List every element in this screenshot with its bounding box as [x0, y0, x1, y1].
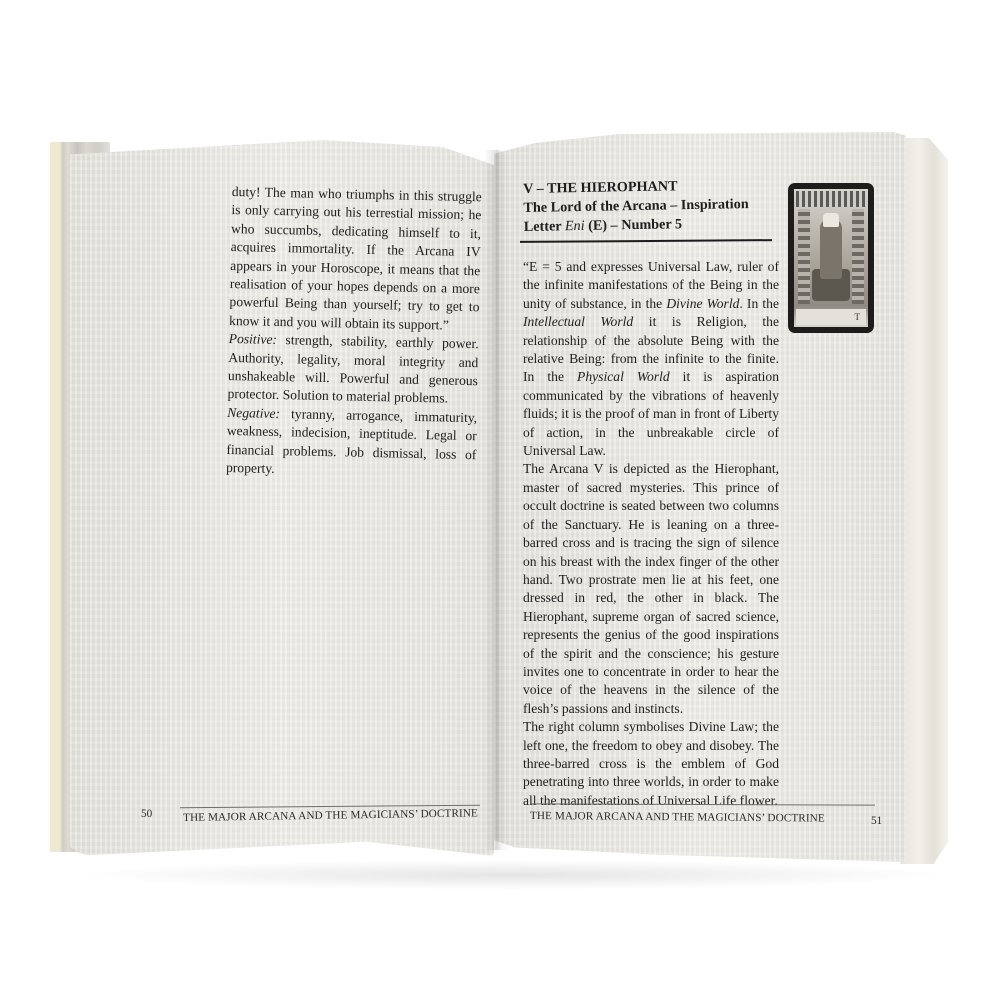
symbolism-paragraph: The right column symbolises Divine Law; … [523, 718, 779, 810]
intro-paragraph: “E = 5 and expresses Universal Law, rule… [523, 258, 779, 460]
physical-world-term: Physical World [577, 369, 670, 384]
positive-label: Positive: [229, 331, 278, 347]
negative-label: Negative: [227, 405, 280, 421]
card-headdress [823, 213, 839, 227]
right-page-number: 51 [871, 815, 882, 827]
card-left-column [798, 209, 810, 304]
left-page-number: 50 [141, 808, 152, 820]
right-page-stack [900, 138, 948, 864]
card-right-column [852, 209, 864, 304]
letter-name: Eni [565, 218, 585, 234]
divine-world-term: Divine World [666, 296, 739, 311]
hierophant-card-image: T [788, 183, 874, 333]
left-cover-edge [50, 142, 60, 852]
paragraph-text: duty! The man who triumphs in this strug… [229, 184, 482, 332]
intro-text: . In the [739, 296, 779, 311]
letter-prefix: Letter [524, 218, 565, 235]
left-page-body: duty! The man who triumphs in this strug… [226, 183, 482, 483]
book-shadow [70, 860, 950, 890]
left-paragraph-positive: Positive: strength, stability, earthly p… [227, 330, 478, 409]
description-paragraph: The Arcana V is depicted as the Hieropha… [523, 460, 779, 718]
chapter-heading: V – THE HIEROPHANT The Lord of the Arcan… [523, 175, 784, 237]
intellectual-world-term: Intellectual World [523, 314, 633, 329]
left-paragraph-quote: duty! The man who triumphs in this strug… [229, 183, 482, 335]
right-running-footer: THE MAJOR ARCANA AND THE MAGICIANS’ DOCT… [530, 810, 825, 825]
left-paragraph-negative: Negative: tyranny, arrogance, immaturity… [226, 404, 477, 483]
card-illustration: T [794, 189, 868, 327]
card-hieroglyph-band [796, 191, 866, 207]
card-hierophant-figure [820, 219, 842, 279]
letter-suffix: (E) – Number 5 [584, 216, 682, 234]
open-book: duty! The man who triumphs in this strug… [0, 0, 1000, 1000]
book-gutter [484, 150, 508, 850]
card-label-band: T [796, 309, 866, 325]
right-page-intro: “E = 5 and expresses Universal Law, rule… [523, 258, 779, 810]
